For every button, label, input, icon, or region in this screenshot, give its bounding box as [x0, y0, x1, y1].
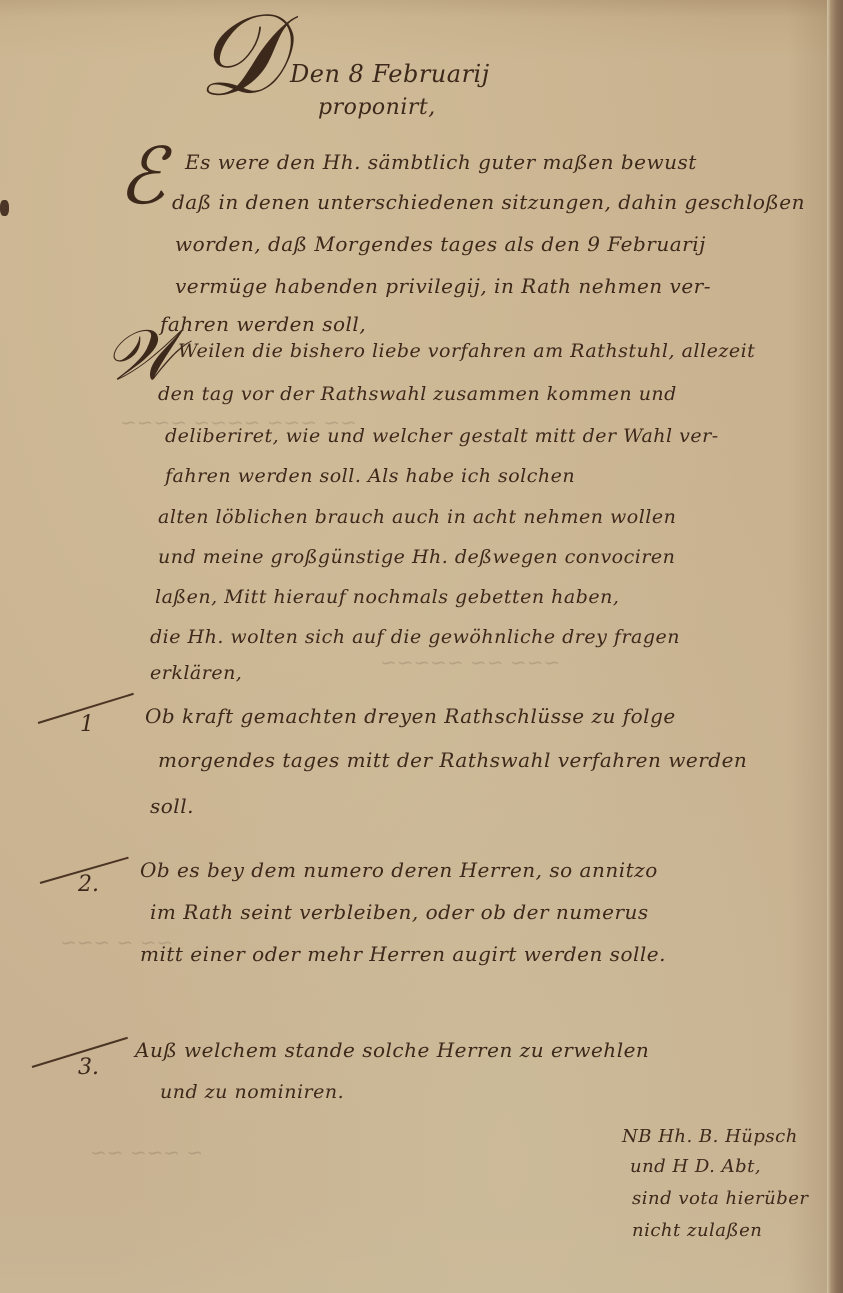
- bleed-through: ~~~ ~~ ~~~~~: [380, 650, 560, 674]
- ink-stain: [0, 200, 9, 216]
- question-line: Ob es bey dem numero deren Herren, so an…: [140, 860, 658, 880]
- initial-w-flourish: 𝒲: [104, 320, 177, 390]
- paragraph-line: fahren werden soll,: [160, 314, 366, 334]
- marginal-note-line: sind vota hierüber: [632, 1190, 809, 1208]
- paragraph-line: worden, daß Morgendes tages als den 9 Fe…: [175, 234, 706, 254]
- initial-d-flourish: 𝒟: [191, 0, 286, 113]
- manuscript-page: ~~ ~~~ ~~~~ ~~~~ ~~~ ~~ ~~~~~ ~~ ~ ~~~ ~…: [0, 0, 843, 1293]
- question-line: soll.: [150, 796, 194, 816]
- paragraph-line: den tag vor der Rathswahl zusammen komme…: [158, 385, 677, 404]
- question-number: 2.: [78, 872, 99, 897]
- paragraph-line: Weilen die bishero liebe vorfahren am Ra…: [178, 342, 755, 361]
- paragraph-line: laßen, Mitt hierauf nochmals gebetten ha…: [155, 588, 619, 607]
- heading-subtitle: proponirt,: [318, 97, 436, 119]
- question-number: 3.: [78, 1055, 99, 1080]
- page-edge: [827, 0, 843, 1293]
- paragraph-line: Es were den Hh. sämbtlich guter maßen be…: [185, 152, 697, 172]
- paragraph-line: daß in denen unterschiedenen sitzungen, …: [172, 192, 805, 212]
- question-line: morgendes tages mitt der Rathswahl verfa…: [158, 750, 747, 770]
- question-number: 1: [80, 712, 94, 737]
- paragraph-line: und meine großgünstige Hh. deßwegen conv…: [158, 548, 675, 567]
- paragraph-line: vermüge habenden privilegij, in Rath neh…: [175, 276, 711, 296]
- paragraph-line: die Hh. wolten sich auf die gewöhnliche …: [150, 628, 680, 647]
- paragraph-line: deliberiret, wie und welcher gestalt mit…: [165, 427, 719, 446]
- marginal-note-line: und H D. Abt,: [630, 1158, 761, 1176]
- question-line: mitt einer oder mehr Herren augirt werde…: [140, 944, 666, 964]
- question-line: und zu nominiren.: [160, 1083, 344, 1102]
- marginal-note-line: NB Hh. B. Hüpsch: [622, 1128, 798, 1146]
- bleed-through: ~ ~~~ ~~: [90, 1140, 203, 1164]
- marginal-note-line: nicht zulaßen: [632, 1222, 762, 1240]
- initial-e-flourish: ℰ: [118, 138, 165, 216]
- question-line: Ob kraft gemachten dreyen Rathschlüsse z…: [145, 706, 676, 726]
- question-line: Auß welchem stande solche Herren zu erwe…: [135, 1040, 649, 1060]
- paragraph-line: fahren werden soll. Als habe ich solchen: [165, 467, 575, 486]
- question-line: im Rath seint verbleiben, oder ob der nu…: [150, 902, 649, 922]
- heading-date: Den 8 Februarij: [290, 62, 490, 86]
- paragraph-line: alten löblichen brauch auch in acht nehm…: [158, 508, 676, 527]
- paragraph-line: erklären,: [150, 664, 242, 683]
